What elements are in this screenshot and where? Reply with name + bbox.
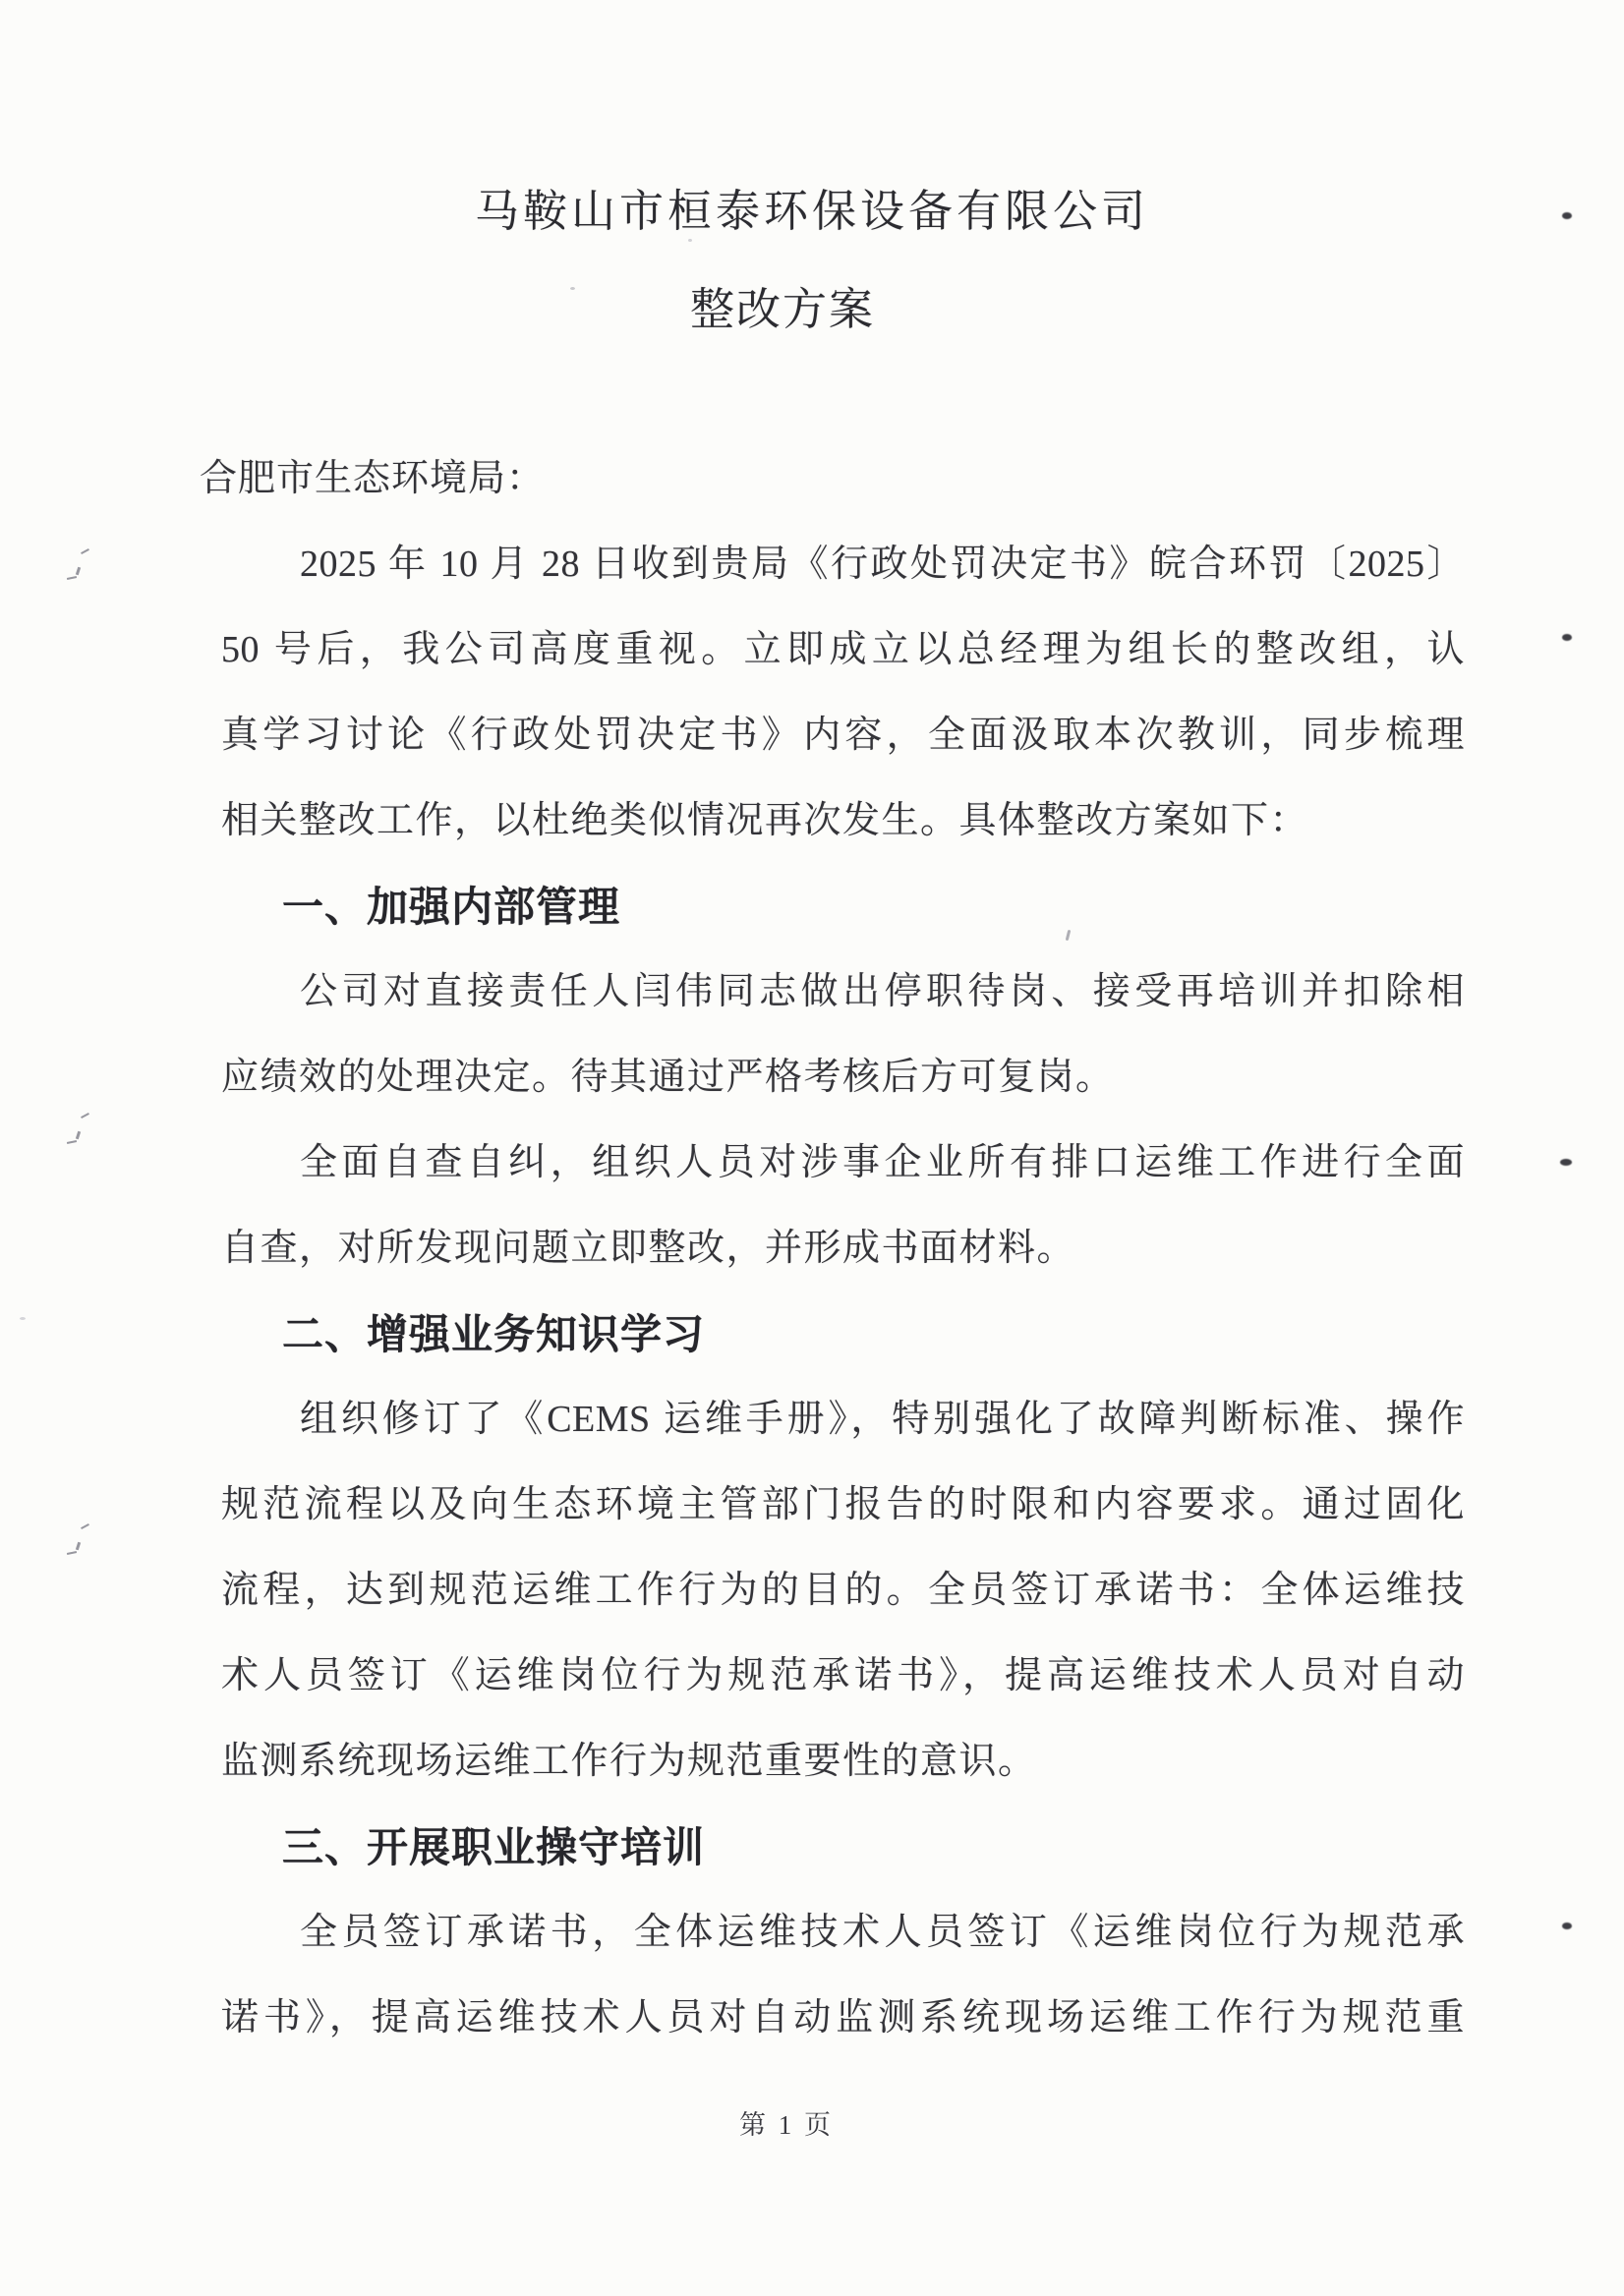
speck-stroke (67, 576, 77, 580)
doc-line: 应绩效的处理决定。待其通过严格考核后方可复岗。 (221, 1035, 1465, 1120)
scan-speck-cluster (67, 550, 94, 592)
doc-line: 公司对直接责任人闫伟同志做出停职待岗、接受再培训并扣除相 (221, 949, 1465, 1035)
scan-dot-faint (688, 239, 692, 242)
scan-dot (1562, 1923, 1572, 1929)
doc-line: 组织修订了《CEMS 运维手册》，特别强化了故障判断标准、操作 (221, 1377, 1465, 1463)
doc-line: 自查，对所发现问题立即整改，并形成书面材料。 (221, 1206, 1465, 1291)
doc-line: 一、加强内部管理 (221, 864, 1465, 949)
speck-stroke (81, 1113, 89, 1119)
doc-line: 诺书》，提高运维技术人员对自动监测系统现场运维工作行为规范重 (221, 1976, 1465, 2061)
doc-line: 50 号后，我公司高度重视。立即成立以总经理为组长的整改组，认 (221, 607, 1465, 693)
scan-dot-faint (570, 287, 575, 290)
page-number: 第 1 页 (0, 2108, 1598, 2142)
doc-line: 真学习讨论《行政处罚决定书》内容，全面汲取本次教训，同步梳理 (221, 693, 1465, 778)
document-subtitle: 整改方案 (0, 280, 1595, 339)
speck-stroke (67, 1140, 77, 1144)
scan-speck-cluster (67, 1525, 94, 1567)
scan-dot (1562, 212, 1572, 219)
speck-stroke (76, 1131, 81, 1140)
document-body: 合肥市生态环境局： 2025 年 10 月 28 日收到贵局《行政处罚决定书》皖… (221, 436, 1465, 2061)
speck-stroke (67, 1551, 77, 1555)
doc-line: 规范流程以及向生态环境主管部门报告的时限和内容要求。通过固化 (221, 1463, 1465, 1548)
doc-line: 2025 年 10 月 28 日收到贵局《行政处罚决定书》皖合环罚〔2025〕 (221, 522, 1465, 607)
scanned-document-page: 马鞍山市桓泰环保设备有限公司 整改方案 合肥市生态环境局： 2025 年 10 … (0, 0, 1624, 2296)
doc-line: 监测系统现场运维工作行为规范重要性的意识。 (221, 1719, 1465, 1805)
speck-stroke (81, 1523, 89, 1529)
doc-line: 二、增强业务知识学习 (221, 1291, 1465, 1377)
document-title: 马鞍山市桓泰环保设备有限公司 (0, 182, 1624, 241)
doc-line: 三、开展职业操守培训 (221, 1805, 1465, 1890)
salutation: 合肥市生态环境局： (200, 436, 1465, 522)
speck-stroke (81, 548, 89, 554)
speck-stroke (76, 567, 81, 576)
scan-dot (1560, 1159, 1572, 1166)
scan-dot (1562, 634, 1572, 641)
doc-line: 相关整改工作，以杜绝类似情况再次发生。具体整改方案如下： (221, 778, 1465, 864)
doc-line: 全面自查自纠，组织人员对涉事企业所有排口运维工作进行全面 (221, 1120, 1465, 1206)
speck-stroke (76, 1542, 81, 1551)
scan-dot-faint (20, 1317, 26, 1320)
doc-line: 术人员签订《运维岗位行为规范承诺书》，提高运维技术人员对自动 (221, 1634, 1465, 1719)
doc-line: 全员签订承诺书，全体运维技术人员签订《运维岗位行为规范承 (221, 1890, 1465, 1976)
doc-line: 流程，达到规范运维工作行为的目的。全员签订承诺书：全体运维技 (221, 1548, 1465, 1634)
scan-speck-cluster (67, 1115, 94, 1156)
